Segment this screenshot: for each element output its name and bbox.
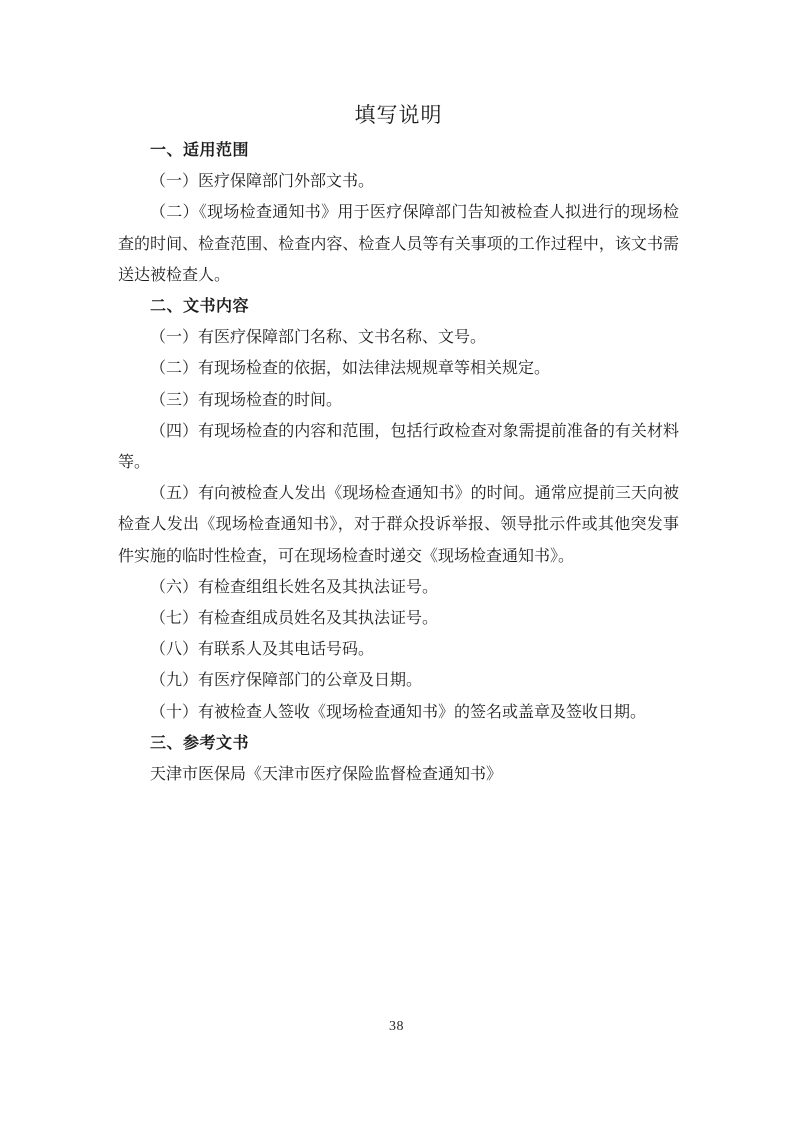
paragraph-scope-2: （二）《现场检查通知书》用于医疗保障部门告知被检查人拟进行的现场检查的时间、检查… (118, 197, 679, 291)
paragraph-contents-1: （一）有医疗保障部门名称、文书名称、文号。 (118, 322, 679, 353)
paragraph-reference-1: 天津市医保局《天津市医疗保险监督检查通知书》 (118, 759, 679, 790)
page-title: 填写说明 (118, 99, 679, 131)
paragraph-contents-2: （二）有现场检查的依据，如法律法规规章等相关规定。 (118, 353, 679, 384)
paragraph-contents-10: （十）有被检查人签收《现场检查通知书》的签名或盖章及签收日期。 (118, 697, 679, 728)
document-page: 填写说明 一、适用范围 （一）医疗保障部门外部文书。 （二）《现场检查通知书》用… (118, 99, 679, 790)
page-number: 38 (389, 1019, 404, 1034)
section-heading-contents: 二、文书内容 (118, 291, 679, 322)
paragraph-contents-5: （五）有向被检查人发出《现场检查通知书》的时间。通常应提前三天向被检查人发出《现… (118, 478, 679, 572)
section-heading-scope: 一、适用范围 (118, 135, 679, 166)
paragraph-contents-8: （八）有联系人及其电话号码。 (118, 634, 679, 665)
section-heading-reference: 三、参考文书 (118, 728, 679, 759)
paragraph-contents-4: （四）有现场检查的内容和范围，包括行政检查对象需提前准备的有关材料等。 (118, 416, 679, 478)
page-footer: 38 (0, 1017, 793, 1035)
paragraph-contents-6: （六）有检查组组长姓名及其执法证号。 (118, 572, 679, 603)
paragraph-contents-9: （九）有医疗保障部门的公章及日期。 (118, 665, 679, 696)
paragraph-scope-1: （一）医疗保障部门外部文书。 (118, 166, 679, 197)
paragraph-contents-3: （三）有现场检查的时间。 (118, 385, 679, 416)
paragraph-contents-7: （七）有检查组成员姓名及其执法证号。 (118, 603, 679, 634)
